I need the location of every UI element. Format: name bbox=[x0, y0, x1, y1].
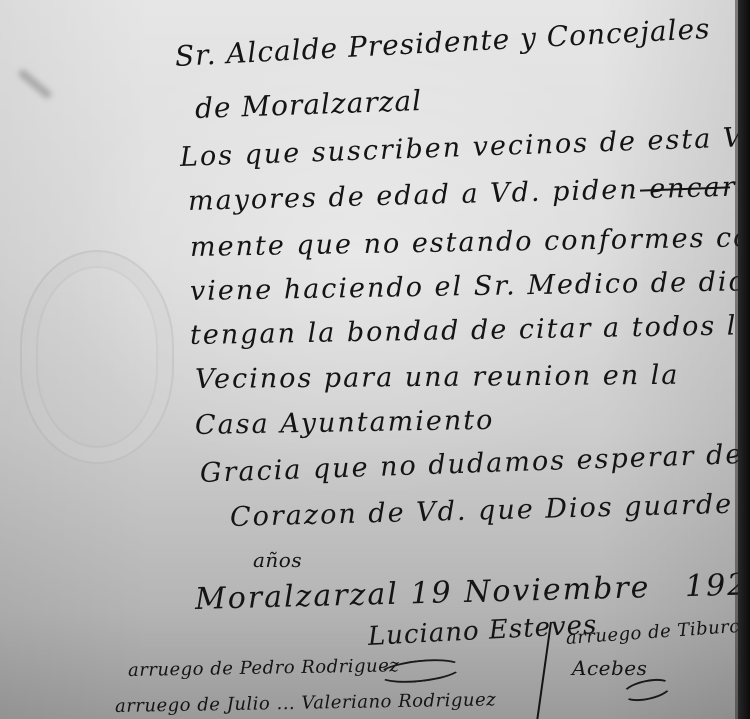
closing-line-2: Corazon de Vd. que Dios guarde muchos bbox=[230, 485, 750, 533]
date-line: Moralzarzal 19 Noviembre 1926 bbox=[195, 567, 750, 617]
body-line-3: mente que no estando conformes con lo qu… bbox=[190, 220, 750, 263]
closing-line-3: años bbox=[253, 548, 302, 572]
body-line-2: mayores de edad a Vd. piden encarecida- bbox=[188, 169, 750, 217]
scan-edge-shadow bbox=[738, 0, 750, 719]
signature-left-2: arruego de Julio ... Valeriano Rodriguez bbox=[115, 689, 496, 717]
salutation-line-1: Sr. Alcalde Presidente y Concejales bbox=[174, 12, 711, 73]
signature-main: Luciano Esteves bbox=[367, 610, 598, 652]
body-line-5: tengan la bondad de citar a todos los bbox=[190, 310, 750, 351]
signature-right-2: Acebes bbox=[572, 656, 647, 680]
date-day: 19 bbox=[410, 575, 453, 611]
salutation-line-2: de Moralzarzal bbox=[194, 84, 422, 125]
embossed-seal-watermark bbox=[20, 250, 174, 464]
signature-left-1: arruego de Pedro Rodriguez bbox=[128, 655, 400, 681]
date-month: Noviembre bbox=[464, 570, 651, 610]
body-line-7: Casa Ayuntamiento bbox=[195, 405, 495, 441]
fold-shadow bbox=[17, 68, 53, 100]
closing-line-1: Gracia que no dudamos esperar del verdad… bbox=[199, 433, 750, 489]
body-line-6: Vecinos para una reunion en la bbox=[195, 360, 680, 395]
body-line-1: Los que suscriben vecinos de esta Villa bbox=[179, 121, 750, 173]
scanned-document-page: Sr. Alcalde Presidente y Concejales de M… bbox=[0, 0, 750, 719]
body-line-4: viene haciendo el Sr. Medico de dicha Vi… bbox=[190, 264, 750, 307]
date-place: Moralzarzal bbox=[195, 577, 400, 617]
